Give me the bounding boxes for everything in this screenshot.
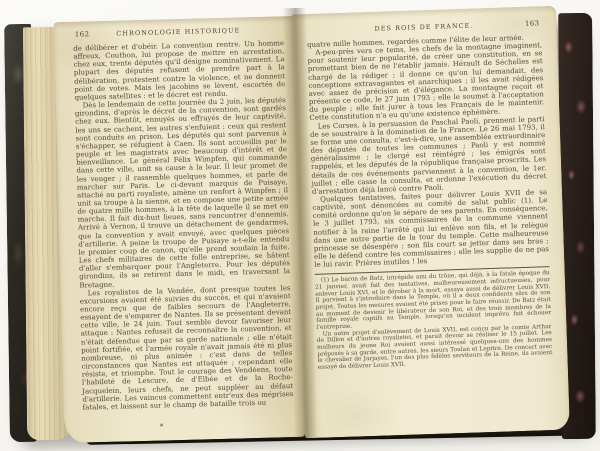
footnote: (1) Le baron de Batz, intrépide ami du t… <box>315 270 553 371</box>
paragraph: Dès le lendemain de cette journée du 2 j… <box>75 96 291 289</box>
left-running-head: 162 CHRONOLOGIE HISTORIQUE <box>73 25 284 41</box>
book-photograph: 162 CHRONOLOGIE HISTORIQUE de délibérer … <box>0 0 600 451</box>
paragraph: de délibérer et d'obéir. La convention r… <box>73 39 285 102</box>
paragraph: Quelques tentatives, faites pour délivre… <box>312 188 549 269</box>
right-page: DES ROIS DE FRANCE. 163 quatre mille hom… <box>291 6 570 439</box>
signature-mark <box>160 423 163 426</box>
right-page-number: 163 <box>525 19 540 27</box>
left-page: 162 CHRONOLOGIE HISTORIQUE de délibérer … <box>54 16 306 443</box>
paragraph: A-peu-près vers ce tems, les chefs de la… <box>307 41 544 122</box>
left-page-text: de délibérer et d'obéir. La convention r… <box>73 39 294 411</box>
right-running-head-title: DES ROIS DE FRANCE. <box>306 19 541 35</box>
footnote-paragraph: (1) Le baron de Batz, intrépide ami du t… <box>315 270 552 331</box>
left-running-head-title: CHRONOLOGIE HISTORIQUE <box>73 25 284 39</box>
paragraph: Les Corses, à la persuasion de Paschal P… <box>310 115 547 196</box>
right-page-text: quatre mille hommes, regardés comme l'él… <box>307 33 549 269</box>
paragraph: Les royalistes de la Vendée, dont presqu… <box>80 284 294 412</box>
footnote-paragraph: Un autre projet d'enlèvement de Louis XV… <box>317 324 553 372</box>
